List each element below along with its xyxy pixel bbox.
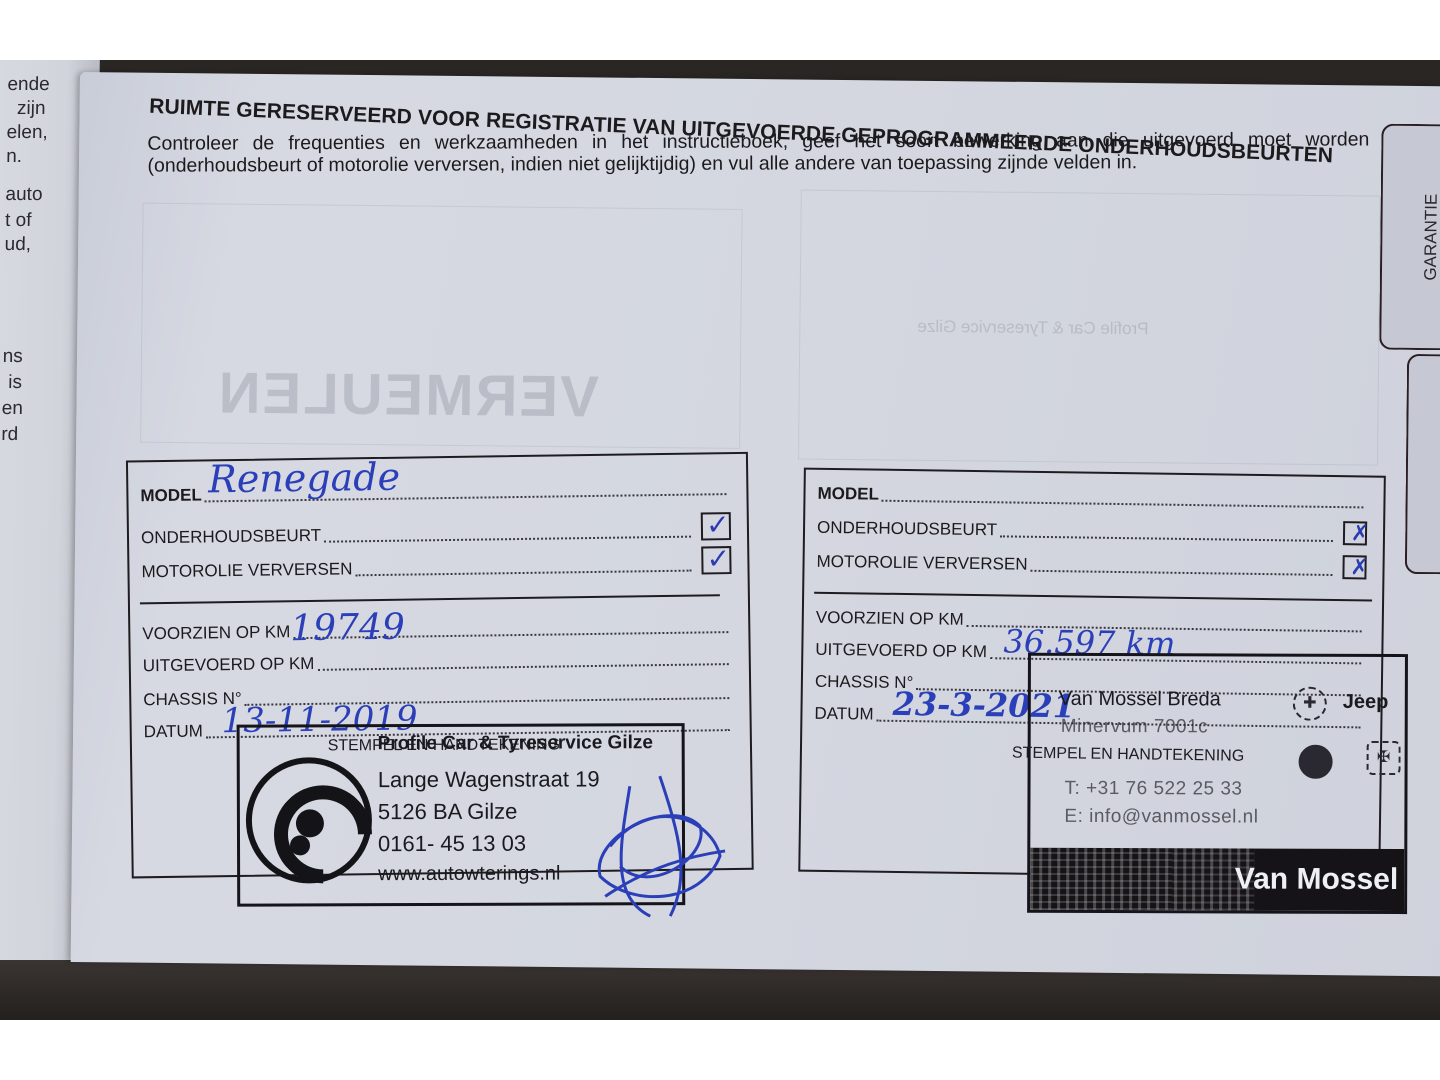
cross-mark-icon: ✗ [1345,517,1375,551]
stamp-street: Minervum 7001c [1061,716,1209,739]
oil-change-checkbox[interactable]: ✗ [1342,555,1366,579]
signature-scribble-icon [590,756,731,926]
dealer-stamp-profile: STEMPEL EN HANDTEKENING Profile Car & Ty… [237,723,686,907]
field-service: ONDERHOUDSBEURT ✓ [141,512,731,548]
check-mark-icon: ✓ [703,542,733,576]
dealer-stamp-vanmossel: Van Mossel Breda Minervum 7001c ✚ Jeep ✠… [1027,653,1408,914]
planned-km-label: VOORZIEN OP KM [142,622,290,644]
stamp-city: 5126 BA Gilze [378,799,518,825]
abarth-badge-icon [1299,745,1333,779]
left-page-fragment: t of [5,208,32,234]
stamp-banner-text: Van Mossel [1235,862,1399,896]
profile-logo-icon [246,757,372,883]
planned-km-label: VOORZIEN OP KM [816,608,964,630]
tab-next-section[interactable]: INDE [1405,354,1440,575]
form-divider [814,592,1372,602]
stamp-street: Lange Wagenstraat 19 [378,766,600,793]
left-page-fragment: n. [6,144,22,170]
model-value[interactable]: Renegade [208,455,400,502]
date-label: DATUM [144,721,203,742]
ghost-logo-left: VERMEULEN [216,359,599,430]
stamp-brand: Jeep [1343,691,1389,714]
oil-change-label: MOTOROLIE VERVERSEN [141,559,352,582]
field-planned-km: VOORZIEN OP KM [142,616,732,644]
alfa-badge-icon: ✠ [1367,741,1401,775]
stamp-phone: 0161- 45 13 03 [378,831,526,858]
maintenance-log-page: RUIMTE GERESERVEERD VOOR REGISTRATIE VAN… [71,72,1440,977]
left-page-fragment: ende [7,72,50,98]
stamp-website: www.autowterings.nl [378,863,560,887]
left-page-fragment: auto [5,182,42,208]
performed-km-label: UITGEVOERD OP KM [143,654,315,676]
left-page-fragment: zijn [17,96,46,122]
model-label: MODEL [140,485,202,506]
planned-km-value[interactable]: 19749 [290,607,405,650]
service-entry-2: MODEL ONDERHOUDSBEURT ✗ MOTOROLIE VERVER… [798,468,1386,880]
left-page-fragment: rd [1,422,18,448]
field-service: ONDERHOUDSBEURT ✗ [817,514,1367,546]
service-label: ONDERHOUDSBEURT [817,518,997,541]
stamp-banner: Van Mossel [1030,848,1404,911]
check-mark-icon: ✓ [703,508,733,542]
date-label: DATUM [814,704,873,725]
service-checkbox[interactable]: ✓ [701,512,731,540]
photo-background: ende zijn elen, n. auto t of ud, ns is e… [0,60,1440,1020]
stamp-signature-label: STEMPEL EN HANDTEKENING [1012,745,1245,766]
stamp-email: E: info@vanmossel.nl [1064,806,1258,829]
field-oil-change: MOTOROLIE VERVERSEN ✗ [816,548,1366,580]
field-oil-change: MOTOROLIE VERVERSEN ✓ [141,546,731,582]
stamp-company-name: Van Mossel Breda [1059,688,1221,712]
service-entry-1: MODEL ONDERHOUDSBEURT ✓ MOTOROLIE VERVER… [126,452,754,879]
tab-garantie-label: GARANTIE [1421,194,1440,281]
left-page-fragment: en [2,396,24,422]
left-page-fragment: ns [2,344,23,370]
ghost-stamp-right: Profile Car & Tyreservice Gilze [917,317,1148,339]
left-page-fragment: is [8,370,22,396]
left-page-fragment: elen, [6,120,48,146]
service-checkbox[interactable]: ✗ [1343,521,1367,545]
form-divider [140,594,720,604]
model-label: MODEL [817,484,879,505]
stamp-phone: T: +31 76 522 25 33 [1064,778,1242,801]
field-model: MODEL [817,484,1367,512]
left-page-fragment: ud, [4,232,31,258]
performed-km-label: UITGEVOERD OP KM [815,640,987,662]
service-label: ONDERHOUDSBEURT [141,526,321,549]
fiat-badge-icon: ✚ [1293,687,1327,721]
page-instructions: Controleer de frequenties en werkzaamhed… [147,128,1369,176]
oil-change-label: MOTOROLIE VERVERSEN [816,552,1027,575]
field-performed-km: UITGEVOERD OP KM [143,648,733,676]
cross-mark-icon: ✗ [1344,551,1374,585]
tab-garantie[interactable]: GARANTIE [1379,124,1440,351]
oil-change-checkbox[interactable]: ✓ [701,546,731,574]
stamp-company-name: Profile Car & Tyreservice Gilze [378,732,653,755]
